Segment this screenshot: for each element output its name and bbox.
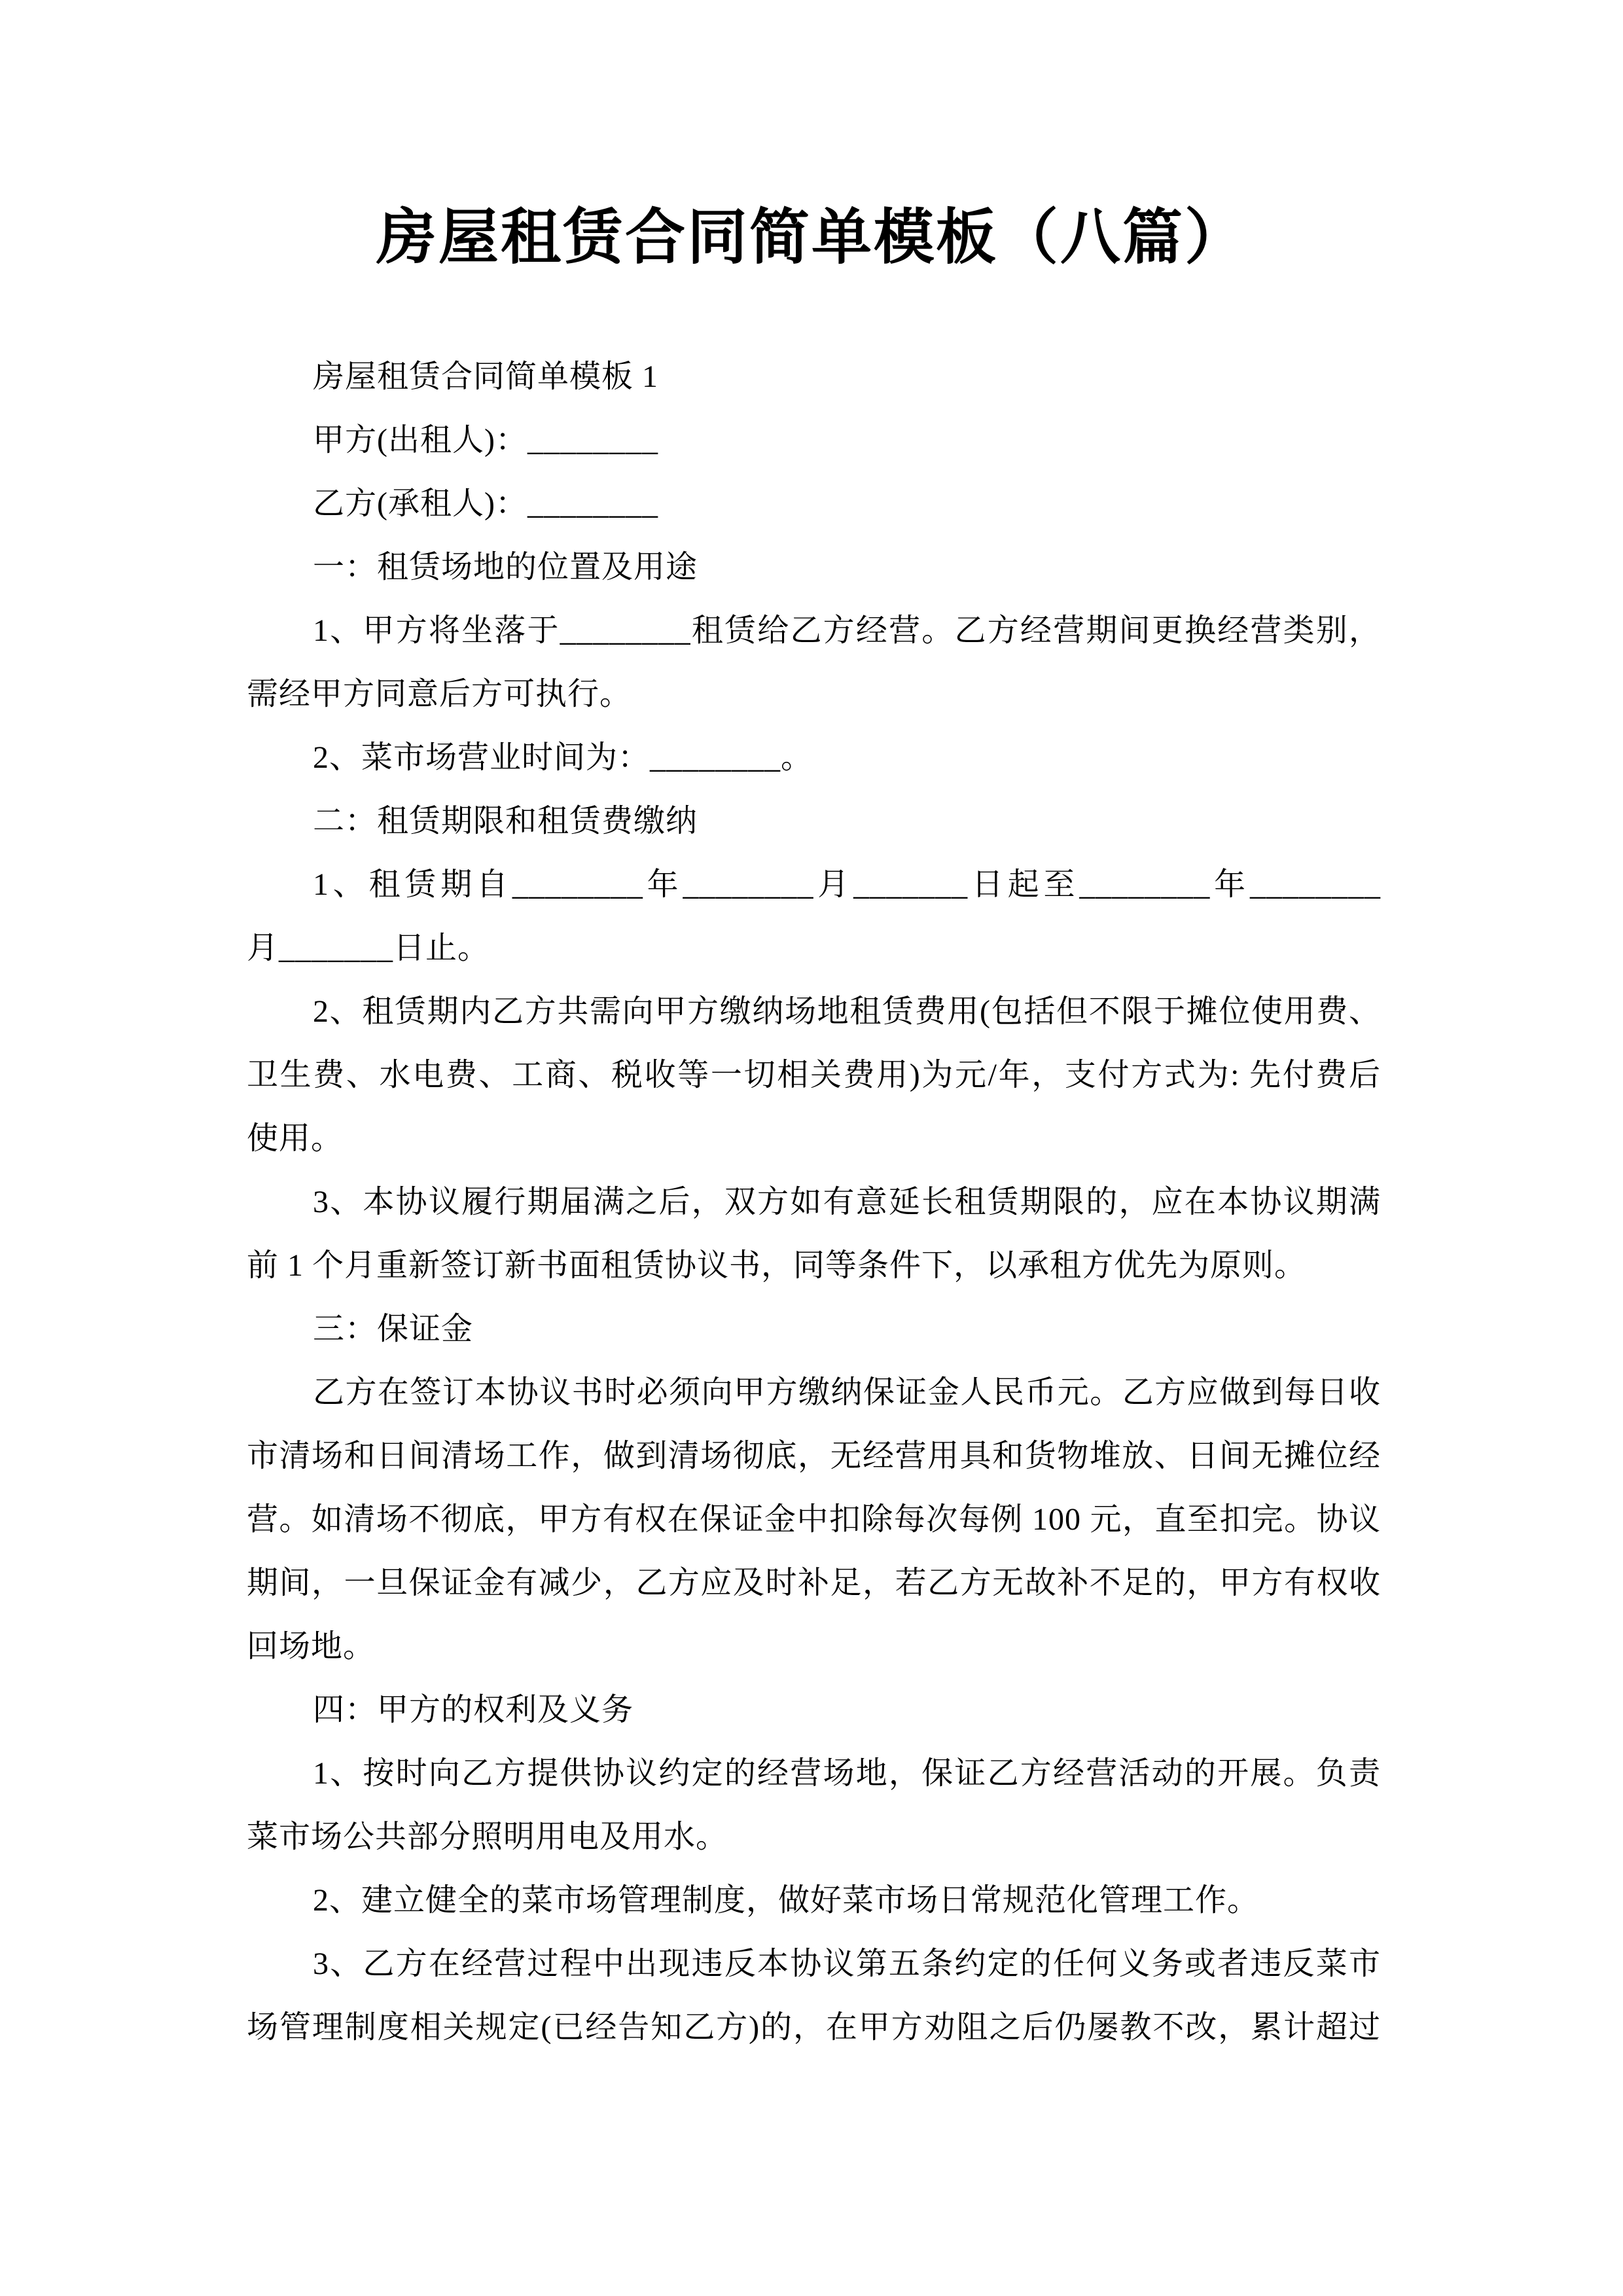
clause-2-3-line-1: 3、本协议履行期届满之后，双方如有意延长租赁期限的，应在本协议期满 xyxy=(247,1170,1381,1234)
clause-2-2-line-1: 2、租赁期内乙方共需向甲方缴纳场地租赁费用(包括但不限于摊位使用费、 xyxy=(247,980,1381,1043)
template-1-heading: 房屋租赁合同简单模板 1 xyxy=(247,345,1381,408)
section-2-heading: 二：租赁期限和租赁费缴纳 xyxy=(247,789,1381,853)
section-3-heading: 三：保证金 xyxy=(247,1297,1381,1361)
contract-document-page: 房屋租赁合同简单模板（八篇） 房屋租赁合同简单模板 1 甲方(出租人)：____… xyxy=(0,0,1623,2296)
party-b-line: 乙方(承租人)：________ xyxy=(247,472,1381,535)
party-a-line: 甲方(出租人)：________ xyxy=(247,408,1381,472)
clause-4-3-line-2: 场管理制度相关规定(已经告知乙方)的，在甲方劝阻之后仍屡教不改，累计超过 xyxy=(247,1996,1381,2059)
section-1-heading: 一：租赁场地的位置及用途 xyxy=(247,535,1381,599)
section-4-heading: 四：甲方的权利及义务 xyxy=(247,1678,1381,1742)
document-title: 房屋租赁合同简单模板（八篇） xyxy=(0,190,1623,285)
clause-4-1-line-2: 菜市场公共部分照明用电及用水。 xyxy=(247,1805,1381,1869)
clause-2-2-line-2: 卫生费、水电费、工商、税收等一切相关费用)为元/年，支付方式为: 先付费后 xyxy=(247,1043,1381,1107)
clause-3-body-line-4: 期间，一旦保证金有减少，乙方应及时补足，若乙方无故补不足的，甲方有权收 xyxy=(247,1551,1381,1615)
clause-1-1-line-2: 需经甲方同意后方可执行。 xyxy=(247,662,1381,726)
clause-2-1-line-1: 1、租赁期自________年________月_______日起至______… xyxy=(247,853,1381,916)
clause-4-2-line: 2、建立健全的菜市场管理制度，做好菜市场日常规范化管理工作。 xyxy=(247,1869,1381,1932)
clause-3-body-line-5: 回场地。 xyxy=(247,1615,1381,1678)
clause-2-1-line-2: 月_______日止。 xyxy=(247,916,1381,980)
clause-1-1-line-1: 1、甲方将坐落于________租赁给乙方经营。乙方经营期间更换经营类别， xyxy=(247,599,1381,662)
clause-3-body-line-3: 营。如清场不彻底，甲方有权在保证金中扣除每次每例 100 元，直至扣完。协议 xyxy=(247,1488,1381,1551)
document-body: 房屋租赁合同简单模板 1 甲方(出租人)：________ 乙方(承租人)：__… xyxy=(247,345,1381,2059)
clause-3-body-line-2: 市清场和日间清场工作，做到清场彻底，无经营用具和货物堆放、日间无摊位经 xyxy=(247,1424,1381,1488)
clause-2-3-line-2: 前 1 个月重新签订新书面租赁协议书，同等条件下，以承租方优先为原则。 xyxy=(247,1234,1381,1297)
clause-2-2-line-3: 使用。 xyxy=(247,1107,1381,1170)
clause-1-2-line: 2、菜市场营业时间为：________。 xyxy=(247,726,1381,789)
clause-4-1-line-1: 1、按时向乙方提供协议约定的经营场地，保证乙方经营活动的开展。负责 xyxy=(247,1742,1381,1805)
clause-3-body-line-1: 乙方在签订本协议书时必须向甲方缴纳保证金人民币元。乙方应做到每日收 xyxy=(247,1361,1381,1424)
clause-4-3-line-1: 3、乙方在经营过程中出现违反本协议第五条约定的任何义务或者违反菜市 xyxy=(247,1932,1381,1996)
